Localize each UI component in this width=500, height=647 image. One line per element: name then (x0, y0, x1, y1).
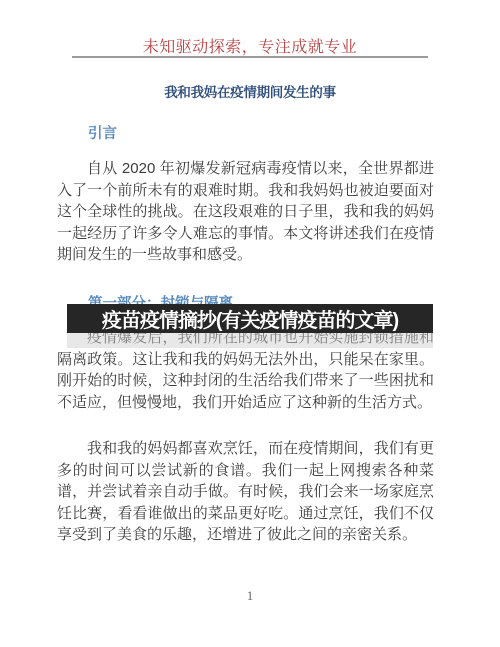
page-title: 我和我妈在疫情期间发生的事 (0, 81, 500, 101)
page-number: 1 (0, 588, 500, 604)
header-slogan: 未知驱动探索，专注成就专业 (0, 34, 500, 57)
header-rule (72, 56, 428, 58)
paragraph-cooking: 我和我的妈妈都喜欢烹饪，而在疫情期间，我们有更多的时间可以尝试新的食谱。我们一起… (57, 438, 434, 546)
section-heading-intro: 引言 (88, 122, 117, 143)
document-page: 未知驱动探索，专注成就专业 我和我妈在疫情期间发生的事 引言 自从 2020 年… (0, 0, 500, 647)
watermark-overlay-halo (67, 333, 433, 348)
paragraph-intro: 自从 2020 年初爆发新冠病毒疫情以来，全世界都进入了一个前所未有的艰难时期。… (57, 158, 434, 266)
overlay-banner-title: 疫苗疫情摘抄(有关疫情疫苗的文章) (102, 304, 398, 333)
watermark-overlay-banner: 疫苗疫情摘抄(有关疫情疫苗的文章) (67, 304, 433, 333)
